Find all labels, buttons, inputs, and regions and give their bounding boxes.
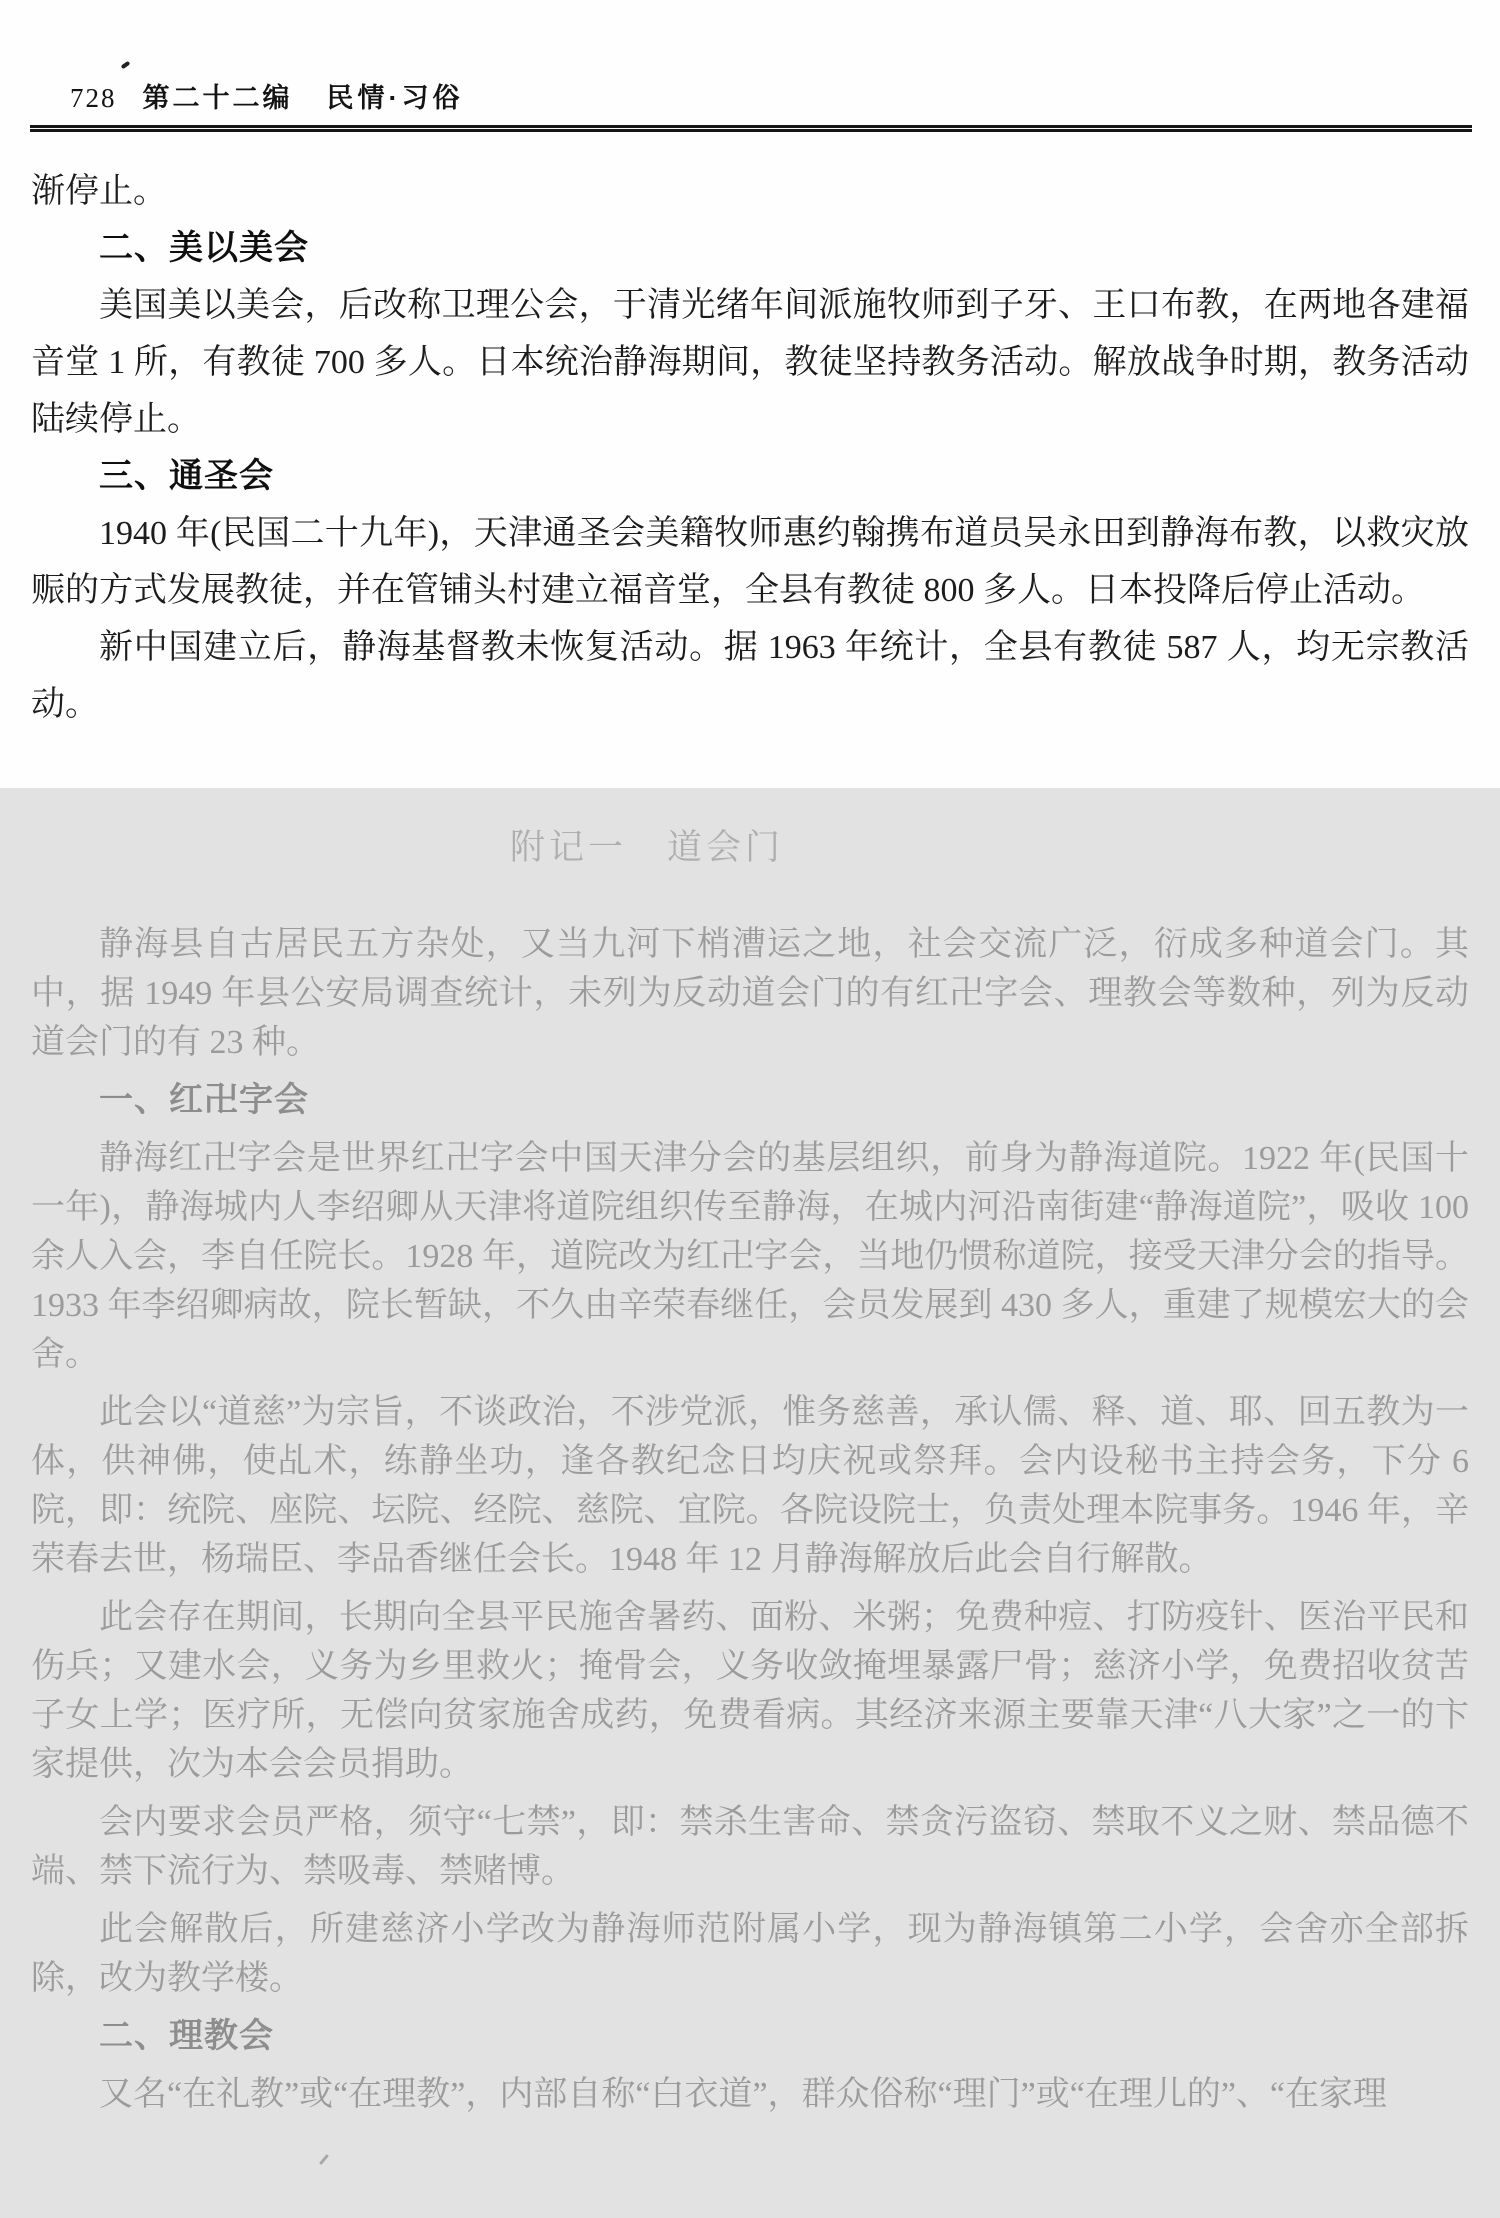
paragraph: 此会以“道慈”为宗旨，不谈政治，不涉党派，惟务慈善，承认儒、释、道、耶、回五教为… bbox=[31, 1388, 1469, 1584]
appendix-text: 静海县自古居民五方杂处，又当九河下梢漕运之地，社会交流广泛，衍成多种道会门。其中… bbox=[31, 920, 1469, 2119]
running-head: 728 第二十二编 民情·习俗 bbox=[70, 76, 464, 115]
header-divider-rule bbox=[30, 125, 1472, 132]
paragraph: 1940 年(民国二十九年)，天津通圣会美籍牧师惠约翰携布道员吴永田到静海布教，… bbox=[31, 505, 1469, 619]
paragraph: 静海红卍字会是世界红卍字会中国天津分会的基层组织，前身为静海道院。1922 年(… bbox=[31, 1134, 1469, 1379]
appendix-title: 附记一 道会门 bbox=[0, 820, 1397, 870]
paragraph: 美国美以美会，后改称卫理公会，于清光绪年间派施牧师到子牙、王口布教，在两地各建福… bbox=[31, 277, 1469, 448]
appendix-section: 附记一 道会门 静海县自古居民五方杂处，又当九河下梢漕运之地，社会交流广泛，衍成… bbox=[0, 788, 1500, 2218]
paragraph: 又名“在礼教”或“在理教”，内部自称“白衣道”，群众俗称“理门”或“在理儿的”、… bbox=[31, 2070, 1469, 2119]
scanned-book-page: 728 第二十二编 民情·习俗 渐停止。 二、美以美会 美国美以美会，后改称卫理… bbox=[0, 0, 1500, 2218]
section-heading-meiyimei: 二、美以美会 bbox=[31, 220, 1469, 277]
book-part-label: 第二十二编 bbox=[143, 76, 293, 115]
paragraph: 静海县自古居民五方杂处，又当九河下梢漕运之地，社会交流广泛，衍成多种道会门。其中… bbox=[31, 920, 1469, 1067]
main-text-section: 渐停止。 二、美以美会 美国美以美会，后改称卫理公会，于清光绪年间派施牧师到子牙… bbox=[31, 163, 1469, 733]
paragraph: 新中国建立后，静海基督教未恢复活动。据 1963 年统计，全县有教徒 587 人… bbox=[31, 619, 1469, 733]
appendix-title-prefix: 附记一 bbox=[510, 820, 627, 870]
appendix-title-main: 道会门 bbox=[667, 820, 784, 870]
section-heading-lijiaohui: 二、理教会 bbox=[31, 2012, 1469, 2061]
scan-speck bbox=[121, 61, 131, 69]
page-number: 728 bbox=[70, 83, 117, 114]
paragraph: 会内要求会员严格，须守“七禁”，即：禁杀生害命、禁贪污盗窃、禁取不义之财、禁品德… bbox=[31, 1798, 1469, 1896]
paragraph: 此会存在期间，长期向全县平民施舍暑药、面粉、米粥；免费种痘、打防疫针、医治平民和… bbox=[31, 1593, 1469, 1789]
section-heading-tongsheng: 三、通圣会 bbox=[31, 448, 1469, 505]
paragraph-continuation: 渐停止。 bbox=[31, 163, 1469, 220]
part-title: 民情·习俗 bbox=[327, 76, 464, 115]
paragraph: 此会解散后，所建慈济小学改为静海师范附属小学，现为静海镇第二小学，会舍亦全部拆除… bbox=[31, 1905, 1469, 2003]
section-heading-hongwanzihui: 一、红卍字会 bbox=[31, 1076, 1469, 1125]
